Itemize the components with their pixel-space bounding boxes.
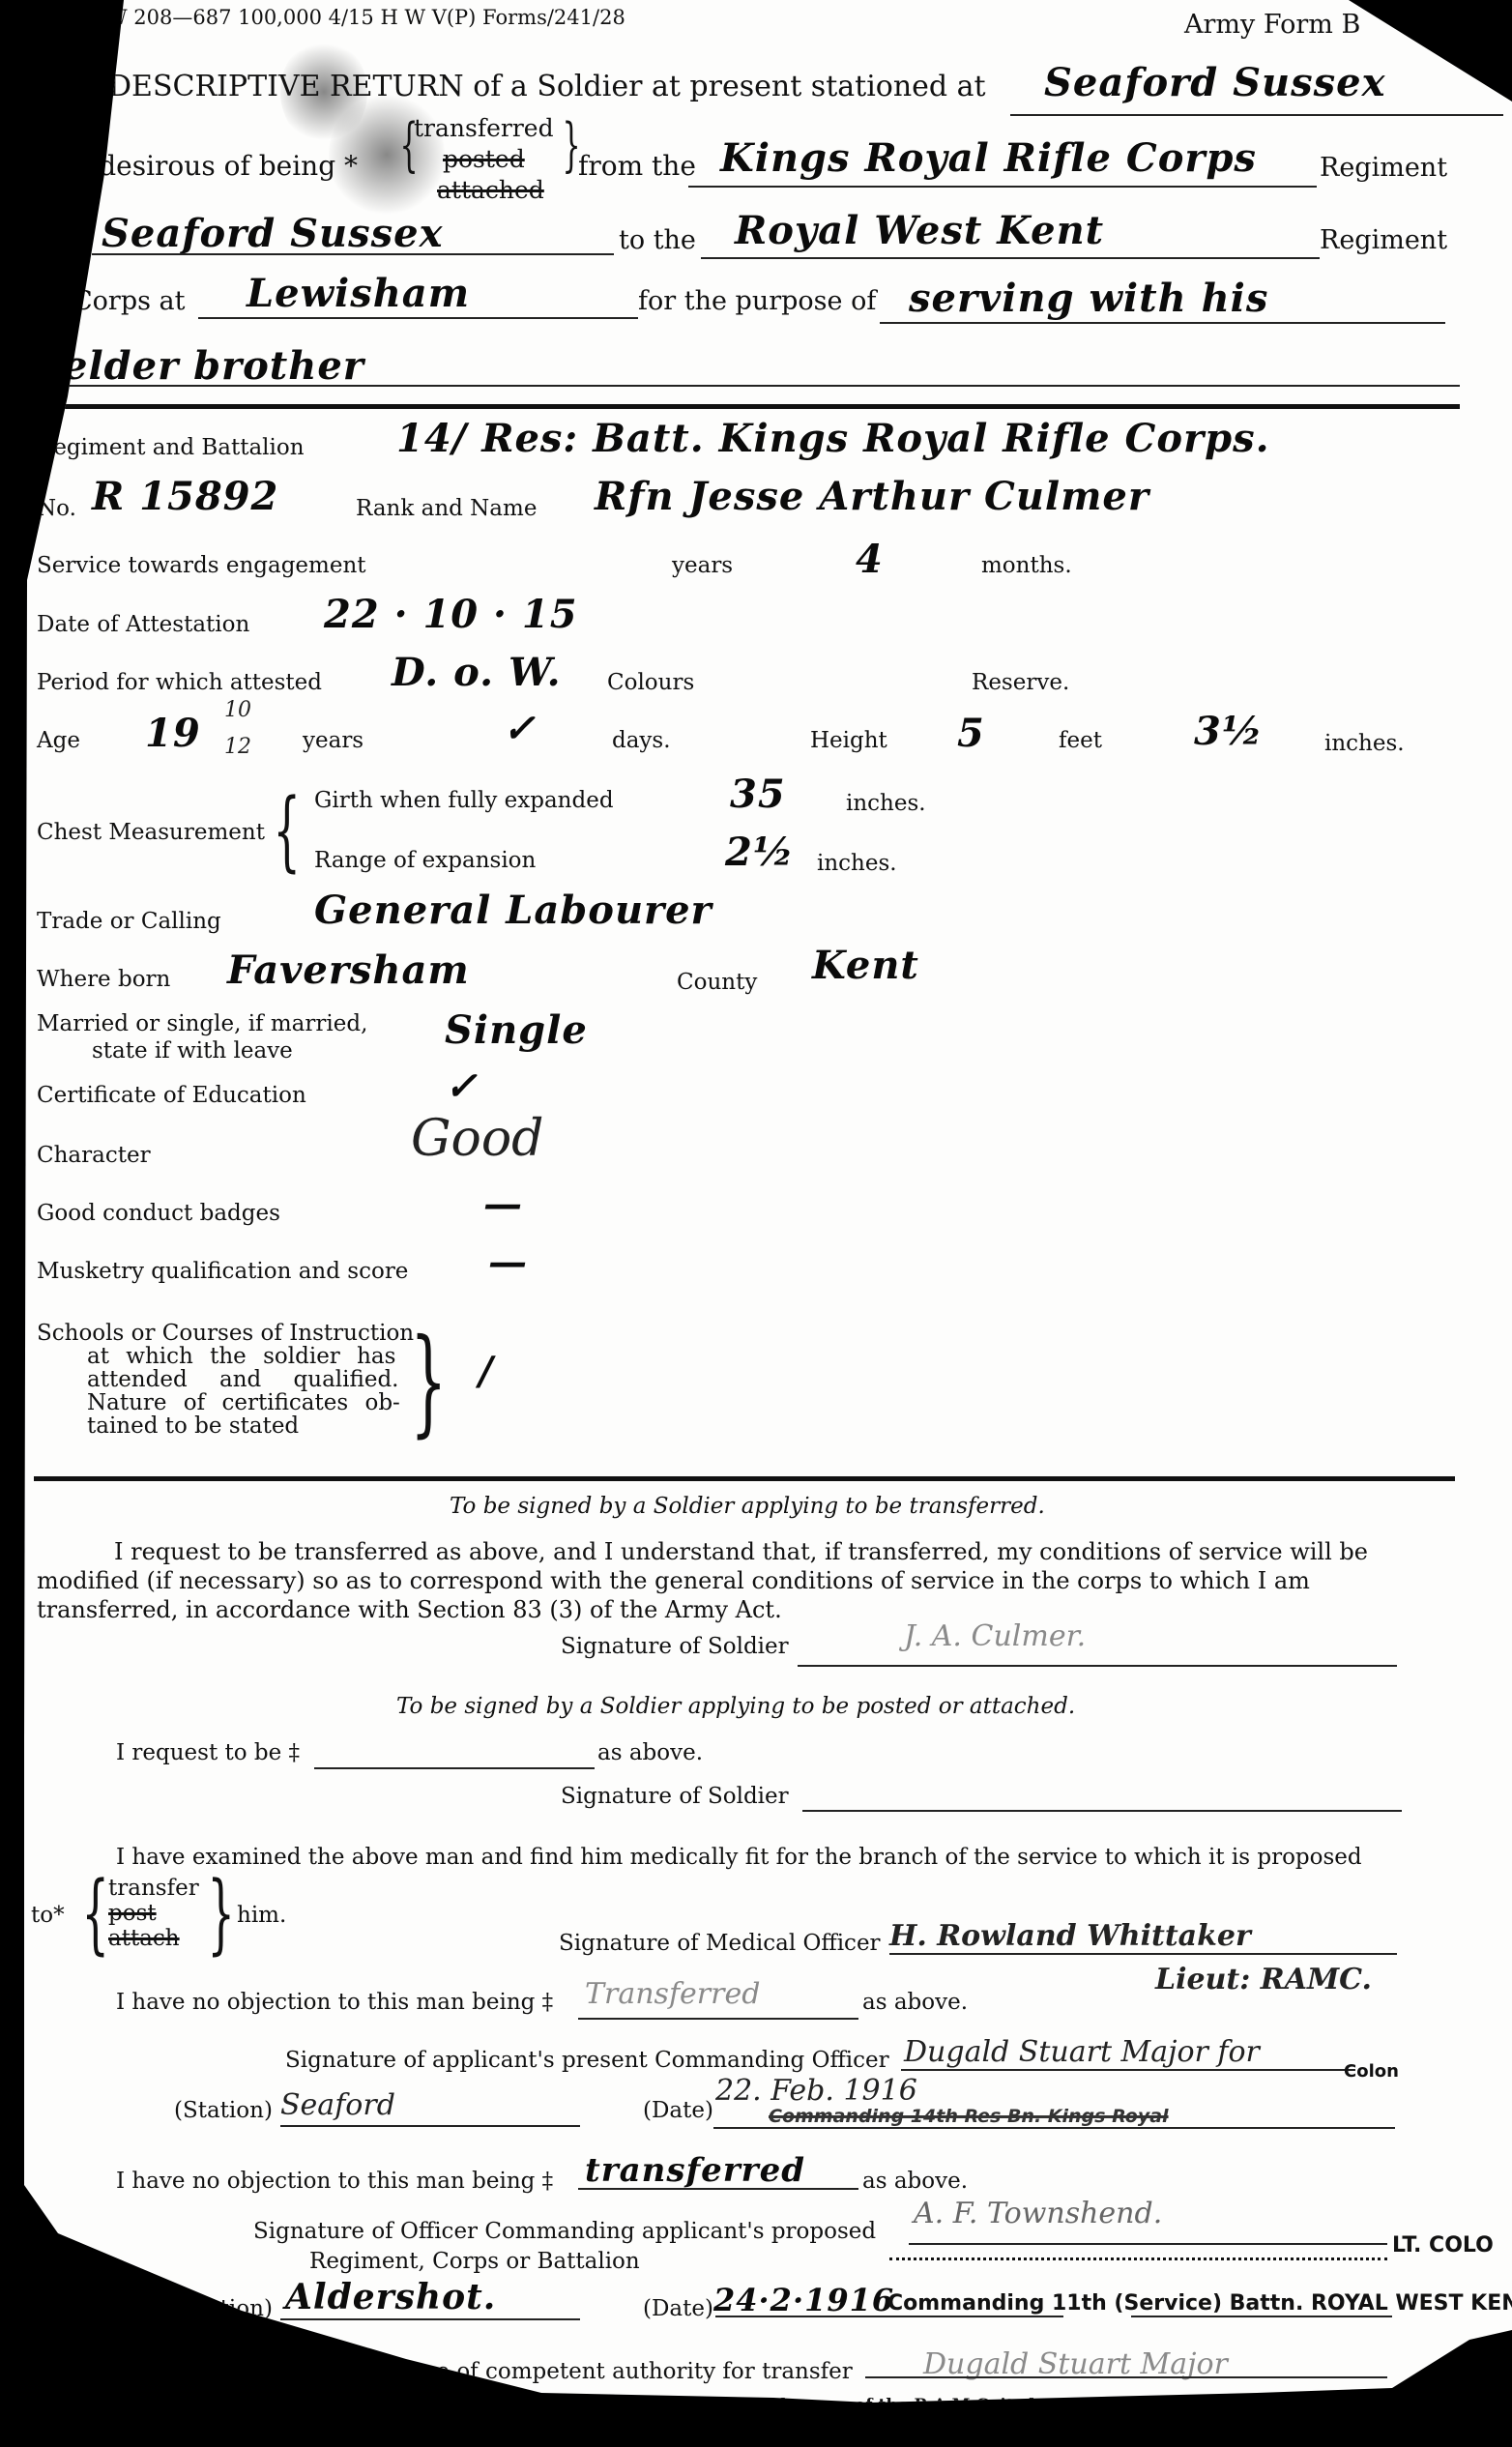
age-years-value: 19	[145, 711, 201, 756]
option-transferred: transferred	[414, 114, 554, 142]
education-value: ✓	[445, 1063, 479, 1109]
medical-option-attach-struck: attach	[108, 1926, 180, 1951]
corps-at-value: Lewisham	[247, 271, 470, 316]
purpose-label: for the purpose of	[638, 286, 876, 316]
medical-signature-line	[889, 1953, 1397, 1955]
transfer-declaration: I request to be transferred as above, an…	[37, 1537, 1458, 1624]
stationed-at-line	[1010, 114, 1503, 116]
medical-to-label: to*	[31, 1903, 65, 1928]
to-regiment-line	[701, 257, 1320, 259]
attestation-value: 22 · 10 · 15	[324, 592, 578, 637]
purpose-value-line2: elder brother	[63, 343, 364, 389]
proposed-date-label: (Date)	[643, 2296, 713, 2321]
present-date-label: (Date)	[643, 2098, 713, 2123]
height-inches-value: 3½	[1194, 709, 1264, 754]
desirous-label: is desirous of being *	[68, 150, 358, 182]
schools-value: /	[479, 1349, 494, 1394]
age-days-value: ✓	[503, 706, 537, 751]
county-value: Kent	[812, 943, 919, 988]
posted-heading: To be signed by a Soldier applying to be…	[396, 1694, 1075, 1719]
character-value: Good	[411, 1110, 543, 1168]
section-divider-2	[34, 1476, 1455, 1481]
purpose-line-1	[880, 322, 1445, 324]
colours-label: Colours	[607, 670, 694, 695]
days-label: days.	[612, 728, 671, 753]
rank-name-value: Rfn Jesse Arthur Culmer	[595, 474, 1149, 519]
present-co-stamp-struck: Commanding 14th Res Bn. Kings Royal	[769, 2106, 1169, 2127]
option-posted-struck: posted	[443, 145, 525, 173]
service-label: Service towards engagement	[37, 553, 366, 578]
trade-label: Trade or Calling	[37, 909, 221, 934]
medical-left-brace: {	[81, 1871, 109, 1958]
age-years-label: years	[303, 728, 363, 753]
rank-name-label: Rank and Name	[356, 496, 537, 521]
schools-label-3: attended and qualified.	[87, 1367, 399, 1392]
medical-signature-label: Signature of Medical Officer	[559, 1931, 881, 1956]
form-title: DESCRIPTIVE RETURN of a Soldier at prese…	[108, 70, 986, 103]
proposed-co-signature-line	[909, 2243, 1387, 2245]
corps-at-line	[198, 317, 638, 319]
period-value: D. o. W.	[392, 650, 562, 695]
present-station-line	[280, 2125, 580, 2127]
corps-at-label: Corps at	[73, 286, 186, 316]
attestation-label: Date of Attestation	[37, 612, 249, 637]
medical-him-label: him.	[237, 1903, 286, 1928]
present-no-objection-value: Transferred	[585, 1977, 760, 2011]
medical-option-transfer: transfer	[108, 1876, 199, 1901]
proposed-station-label: (Station)	[174, 2296, 273, 2321]
proposed-date-value: 24·2·1916	[713, 2282, 894, 2318]
medical-right-brace: }	[207, 1871, 235, 1958]
form-page: W 208—687 100,000 4/15 H W V(P) Forms/24…	[0, 0, 1512, 2447]
months-label: months.	[981, 553, 1072, 578]
reserve-label: Reserve.	[972, 670, 1069, 695]
schools-brace: }	[410, 1325, 447, 1441]
proposed-no-objection-value: transferred	[585, 2151, 805, 2190]
proposed-co-stamp-rank: LT. COLO	[1392, 2233, 1494, 2258]
from-station-line	[92, 253, 614, 255]
height-feet-value: 5	[957, 711, 985, 756]
service-months-value: 4	[856, 537, 884, 582]
purpose-line-2	[44, 385, 1460, 387]
proposed-co-signature-label-1: Signature of Officer Commanding applican…	[253, 2219, 876, 2244]
authority-signature-line	[865, 2376, 1387, 2378]
section-divider	[39, 404, 1460, 409]
proposed-no-objection-prefix: I have no objection to this man being ‡	[116, 2169, 553, 2194]
schools-label-1: Schools or Courses of Instruction	[37, 1321, 414, 1346]
posted-request-line	[314, 1767, 595, 1769]
proposed-co-signature-value: A. F. Townshend.	[914, 2197, 1162, 2230]
footnote: The words which do not apply to be erase…	[305, 2396, 1416, 2415]
proposed-stamp-line	[1131, 2316, 1392, 2317]
purpose-value-line1: serving with his	[909, 276, 1268, 321]
married-label-1: Married or single, if married,	[37, 1011, 367, 1036]
present-date-value: 22. Feb. 1916	[715, 2074, 917, 2108]
musketry-value: —	[488, 1239, 528, 1285]
present-co-signature-value: Dugald Stuart Major for	[904, 2035, 1260, 2069]
from-regiment-value: Kings Royal Rifle Corps	[720, 135, 1257, 181]
years-label: years	[672, 553, 733, 578]
medical-signature-value: H. Rowland Whittaker	[889, 1919, 1251, 1953]
age-fraction-num: 10	[224, 698, 251, 722]
from-regiment-line	[688, 186, 1317, 188]
proposed-co-stamp: Commanding 11th (Service) Battn. ROYAL W…	[887, 2291, 1512, 2316]
age-label: Age	[37, 728, 80, 753]
girth-unit: inches.	[846, 791, 926, 816]
chest-brace: {	[273, 788, 301, 875]
medical-text: I have examined the above man and find h…	[116, 1845, 1362, 1870]
option-attached-struck: attached	[437, 176, 544, 204]
transfer-signature-value: J. A. Culmer.	[904, 1619, 1086, 1653]
number-label: No.	[37, 496, 76, 521]
present-station-label: (Station)	[174, 2098, 273, 2123]
conduct-value: —	[483, 1181, 523, 1227]
number-value: R 15892	[92, 474, 278, 519]
schools-label-2: at which the soldier has	[87, 1344, 395, 1369]
posted-request-suffix: as above.	[597, 1740, 703, 1765]
county-label: County	[677, 970, 757, 995]
to-the-label: to the	[619, 225, 696, 255]
musketry-label: Musketry qualification and score	[37, 1259, 408, 1284]
present-no-objection-line	[578, 2018, 858, 2020]
transfer-signature-label: Signature of Soldier	[561, 1634, 789, 1659]
proposed-station-line	[280, 2318, 580, 2320]
posted-signature-label: Signature of Soldier	[561, 1784, 789, 1809]
proposed-no-objection-suffix: as above.	[862, 2169, 968, 2194]
girth-value: 35	[730, 772, 786, 817]
married-label-2: state if with leave	[92, 1038, 293, 1063]
born-label: Where born	[37, 967, 170, 992]
present-no-objection-suffix: as above.	[862, 1990, 968, 2015]
present-co-signature-label: Signature of applicant's present Command…	[285, 2048, 889, 2073]
regiment-label-1: Regiment	[1320, 153, 1447, 183]
regiment-battalion-value: 14/ Res: Batt. Kings Royal Rifle Corps.	[396, 416, 1270, 461]
transfer-heading: To be signed by a Soldier applying to be…	[450, 1494, 1045, 1519]
from-station-value: Seaford Sussex	[102, 211, 443, 256]
regiment-battalion-label: Regiment and Battalion	[37, 435, 305, 460]
age-fraction-den: 12	[224, 735, 251, 759]
character-label: Character	[37, 1143, 151, 1168]
present-date-line	[713, 2127, 1395, 2129]
from-the-label: from the	[578, 150, 696, 182]
print-code: W 208—687 100,000 4/15 H W V(P) Forms/24…	[106, 6, 625, 29]
medical-option-post-struck: post	[108, 1901, 157, 1926]
present-co-stamp-rank: Colon	[1344, 2061, 1399, 2082]
proposed-co-signature-label-2: Regiment, Corps or Battalion	[309, 2249, 640, 2274]
period-label: Period for which attested	[37, 670, 322, 695]
trade-value: General Labourer	[314, 888, 712, 933]
present-station-value: Seaford	[280, 2088, 395, 2122]
conduct-label: Good conduct badges	[37, 1201, 280, 1226]
medical-rank: Lieut: RAMC.	[1155, 1963, 1372, 1996]
education-label: Certificate of Education	[37, 1083, 306, 1108]
chest-label: Chest Measurement	[37, 820, 265, 845]
range-unit: inches.	[817, 851, 897, 876]
range-value: 2½	[725, 830, 795, 875]
present-co-signature-line	[901, 2069, 1355, 2071]
regiment-label-2: Regiment	[1320, 225, 1447, 255]
to-regiment-value: Royal West Kent	[735, 208, 1104, 253]
transfer-signature-line	[798, 1665, 1397, 1667]
range-label: Range of expansion	[314, 848, 536, 873]
girth-label: Girth when fully expanded	[314, 788, 614, 813]
stationed-at-value: Seaford Sussex	[1044, 60, 1385, 105]
born-value: Faversham	[227, 947, 470, 993]
present-no-objection-prefix: I have no objection to this man being ‡	[116, 1990, 553, 2015]
inches-label: inches.	[1324, 731, 1405, 756]
proposed-date-line	[715, 2316, 1063, 2317]
posted-signature-line	[802, 1810, 1402, 1812]
proposed-co-dotted-line	[889, 2258, 1387, 2260]
feet-label: feet	[1059, 728, 1102, 753]
proposed-no-objection-line	[578, 2188, 858, 2190]
authority-signature-label: Signature of competent authority for tra…	[338, 2359, 853, 2384]
proposed-station-value: Aldershot.	[285, 2277, 496, 2317]
schools-label-4: Nature of certificates ob-	[87, 1390, 400, 1415]
posted-request-prefix: I request to be ‡	[116, 1740, 300, 1765]
schools-label-5: tained to be stated	[87, 1413, 299, 1439]
army-form-label: Army Form B	[1184, 10, 1360, 40]
married-value: Single	[445, 1007, 588, 1053]
height-label: Height	[810, 728, 887, 753]
